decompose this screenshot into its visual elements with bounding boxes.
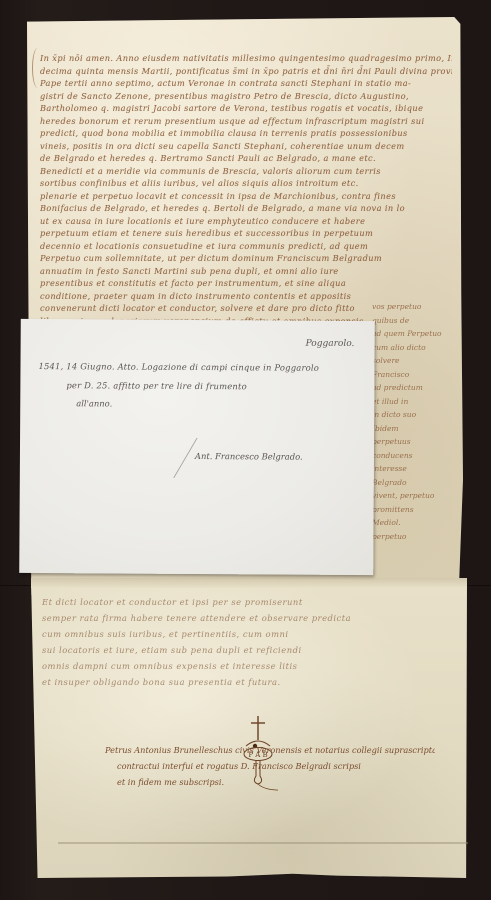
manuscript-fragment: perpetuus	[372, 435, 460, 449]
manuscript-line: In x̄pi nōi amen. Anno eiusdem nativita…	[40, 52, 452, 65]
manuscript-fragment: conducens	[372, 449, 460, 463]
manuscript-line: presentibus et constitutis et facto per …	[40, 277, 452, 290]
manuscript-line: annuatim in festo Sancti Martini sub pen…	[40, 265, 452, 278]
manuscript-line: perpetuum etiam et tenere suis heredibus…	[40, 227, 452, 240]
manuscript-fragment: et illud in	[372, 395, 460, 409]
manuscript-line: Pape tertii anno septimo, actum Veronae …	[40, 77, 452, 90]
manuscript-line: vineis, positis in ora dicti seu capella…	[40, 140, 452, 153]
manuscript-fragment: perpetuo	[372, 530, 460, 544]
subscription-line: contractui interfui et rogatus D. Franci…	[117, 761, 361, 771]
manuscript-fragment: solvere	[372, 354, 460, 368]
manuscript-line: cum omnibus suis iuribus, et pertinentii…	[42, 626, 442, 642]
notarial-sign-icon: P A B	[238, 716, 278, 796]
note-heading: Poggarolo.	[306, 339, 355, 349]
fold-crease	[31, 578, 467, 588]
manuscript-line: Bonifacius de Belgrado, et heredes q. Be…	[40, 202, 452, 215]
upper-parchment-text: In x̄pi nōi amen. Anno eiusdem nativita…	[40, 52, 452, 340]
manuscript-fragment: Mediol.	[372, 516, 460, 530]
right-margin-text: vos perpetuo quibus de ad quem Perpetuo …	[372, 300, 460, 543]
subscription-line: Petrus Antonius Brunelleschus civis Vero…	[105, 745, 435, 755]
manuscript-fragment: Francisco	[372, 368, 460, 382]
manuscript-line: sortibus confinibus et aliis iuribus, ve…	[40, 177, 452, 190]
manuscript-fragment: promittens	[372, 503, 460, 517]
manuscript-line: Et dicti locator et conductor et ipsi pe…	[42, 594, 442, 610]
manuscript-line: Benedicti et a meridie via communis de B…	[40, 165, 452, 178]
manuscript-line: et insuper obligando bona sua presentia …	[42, 674, 442, 690]
note-signature: Ant. Francesco Belgrado.	[195, 451, 303, 462]
manuscript-line: plenarie et perpetuo locavit et concessi…	[40, 190, 452, 203]
manuscript-line: Perpetuo cum sollemnitate, ut per dictum…	[40, 252, 452, 265]
manuscript-fragment: Belgrado	[372, 476, 460, 490]
manuscript-fragment: ad predictum	[372, 381, 460, 395]
manuscript-fragment: ad quem Perpetuo	[372, 327, 460, 341]
note-line: per D. 25. affitto per tre lire di frume…	[66, 380, 247, 391]
subscription-line: et in fidem me subscripsi.	[117, 777, 224, 787]
manuscript-fragment: quibus de	[372, 314, 460, 328]
manuscript-line: Bartholomeo q. magistri Jacobi sartore d…	[40, 102, 452, 115]
manuscript-line: decennio et locationis consuetudine et i…	[40, 240, 452, 253]
manuscript-fragment: cum alio dicto	[372, 341, 460, 355]
paper-note: Poggarolo. 1541, 14 Giugno. Atto. Logazi…	[19, 319, 375, 575]
manuscript-line: ut ex causa in iure locationis et iure e…	[40, 215, 452, 228]
note-line: 1541, 14 Giugno. Atto. Logazione di camp…	[38, 361, 319, 373]
note-line: all'anno.	[76, 398, 112, 408]
manuscript-fragment: Ibidem	[372, 422, 460, 436]
manuscript-line: gistri de Sancto Zenone, presentibus mag…	[40, 90, 452, 103]
manuscript-line: predicti, quod bona mobilia et immobilia…	[40, 127, 452, 140]
bottom-fold-line	[58, 842, 468, 844]
manuscript-line: heredes bonorum et rerum presentium usqu…	[40, 115, 452, 128]
manuscript-line: de Belgrado et heredes q. Bertramo Sanct…	[40, 152, 452, 165]
manuscript-fragment: vivent, perpetuo	[372, 489, 460, 503]
manuscript-line: omnis dampni cum omnibus expensis et int…	[42, 658, 442, 674]
manuscript-fragment: interesse	[372, 462, 460, 476]
lower-parchment-text: Et dicti locator et conductor et ipsi pe…	[42, 594, 442, 690]
manuscript-line: sui locatoris et iure, etiam sub pena du…	[42, 642, 442, 658]
manuscript-line: decima quinta mensis Martii, pontificatu…	[40, 65, 452, 78]
manuscript-line: semper rata firma habere tenere attender…	[42, 610, 442, 626]
manuscript-fragment: in dicto suo	[372, 408, 460, 422]
manuscript-fragment: vos perpetuo	[372, 300, 460, 314]
